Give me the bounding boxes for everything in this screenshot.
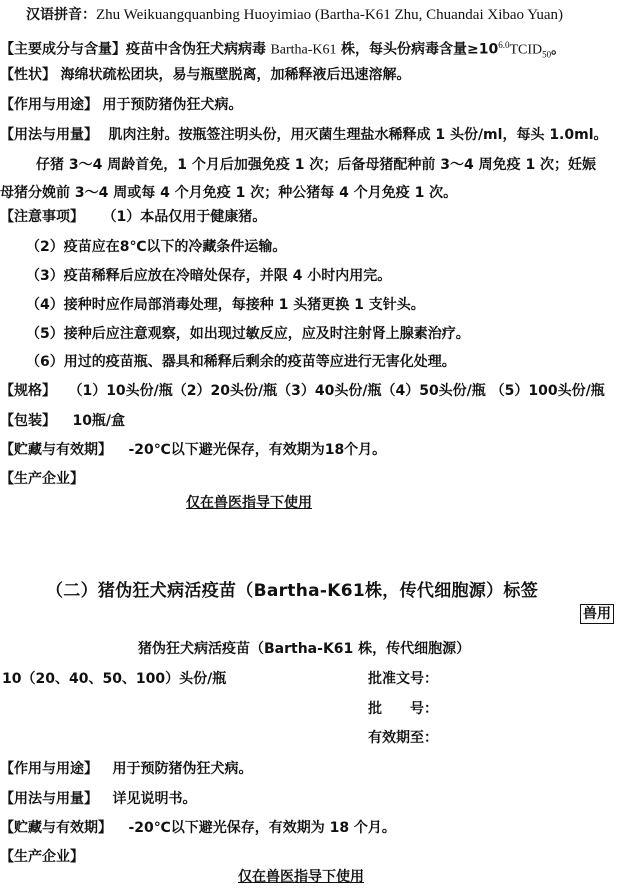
label-storage-line: 【贮藏与有效期】 -20℃以下避光保存，有效期为 18 个月。 — [0, 819, 396, 837]
ingredients-label: 【主要成分与含量】 — [0, 42, 126, 58]
approval-number-label: 批准文号： — [368, 670, 438, 688]
label-storage-label: 【贮藏与有效期】 — [0, 820, 112, 836]
ingredients-text: 疫苗中含伪狂犬病病毒 — [126, 42, 266, 58]
packaging-line: 【包装】 10瓶/盒 — [0, 412, 125, 430]
precaution-item: （6）用过的疫苗瓶、器具和稀释后剩余的疫苗等应进行无害化处理。 — [26, 353, 456, 371]
manufacturer-label: 【生产企业】 — [0, 470, 84, 488]
label-vet-notice: 仅在兽医指导下使用 — [238, 868, 364, 886]
packaging-value: 10瓶/盒 — [72, 413, 125, 429]
label-usage-line: 【作用与用途】 用于预防猪伪狂犬病。 — [0, 760, 252, 778]
label-usage-value: 用于预防猪伪狂犬病。 — [112, 761, 252, 777]
specs-label: 【规格】 — [0, 383, 56, 399]
ingredients-line: 【主要成分与含量】疫苗中含伪狂犬病病毒 Bartha-K61 株，每头份病毒含量… — [0, 36, 565, 63]
label-spec: 10（20、40、50、100）头份/瓶 — [2, 670, 226, 688]
unit-subscript: 50 — [542, 49, 551, 59]
specs-line: 【规格】 （1）10头份/瓶（2）20头份/瓶（3）40头份/瓶（4）50头份/… — [0, 382, 605, 400]
precaution-item: （1）本品仅用于健康猪。 — [102, 209, 266, 225]
period: 。 — [551, 42, 565, 58]
properties-line: 【性状】 海绵状疏松团块，易与瓶壁脱离，加稀释液后迅速溶解。 — [0, 66, 410, 84]
label-dosage-value: 详见说明书。 — [112, 791, 196, 807]
unit: TCID — [509, 43, 542, 58]
storage-label: 【贮藏与有效期】 — [0, 442, 112, 458]
pinyin-value: Zhu Weikuangquanbing Huoyimiao (Bartha-K… — [96, 7, 563, 23]
veterinary-use-stamp: 兽用 — [580, 604, 614, 624]
label-dosage-label: 【用法与用量】 — [0, 791, 98, 807]
packaging-label: 【包装】 — [0, 413, 56, 429]
precaution-item: （5）接种后应注意观察，如出现过敏反应，应及时注射肾上腺素治疗。 — [26, 325, 470, 343]
storage-line: 【贮藏与有效期】 -20℃以下避光保存，有效期为18个月。 — [0, 441, 386, 459]
exponent: 6.0 — [498, 40, 509, 50]
dosage-text-3: 母猪分娩前 3～4 周或每 4 个月免疫 1 次；种公猪每 4 个月免疫 1 次… — [0, 184, 457, 202]
batch-number-label: 批 号： — [368, 700, 438, 718]
strain-name: Bartha-K61 — [270, 43, 336, 58]
label-manufacturer-label: 【生产企业】 — [0, 848, 84, 866]
product-name: 猪伪狂犬病活疫苗（Bartha-K61 株，传代细胞源） — [138, 640, 470, 658]
dosage-label: 【用法与用量】 — [0, 127, 98, 143]
label-usage-label: 【作用与用途】 — [0, 761, 98, 777]
pinyin-line: 汉语拼音：Zhu Weikuangquanbing Huoyimiao (Bar… — [26, 6, 563, 24]
vet-notice: 仅在兽医指导下使用 — [186, 494, 312, 512]
pinyin-label: 汉语拼音： — [26, 7, 96, 23]
usage-label: 【作用与用途】 — [0, 97, 98, 113]
label-storage-value: -20℃以下避光保存，有效期为 18 个月。 — [128, 820, 395, 836]
properties-label: 【性状】 — [0, 67, 56, 83]
dosage-line-1: 【用法与用量】 肌肉注射。按瓶签注明头份，用灭菌生理盐水稀释成 1 头份/ml，… — [0, 126, 608, 144]
precaution-item: （4）接种时应作局部消毒处理，每接种 1 头猪更换 1 支针头。 — [26, 296, 425, 314]
usage-line: 【作用与用途】 用于预防猪伪狂犬病。 — [0, 96, 242, 114]
precautions-label: 【注意事项】 — [0, 209, 84, 225]
ingredients-text-2: 株，每头份病毒含量≥10 — [341, 42, 498, 58]
storage-value: -20℃以下避光保存，有效期为18个月。 — [128, 442, 386, 458]
expiry-label: 有效期至： — [368, 729, 438, 747]
dosage-text-1: 肌肉注射。按瓶签注明头份，用灭菌生理盐水稀释成 1 头份/ml，每头 1.0ml… — [108, 127, 607, 143]
label-dosage-line: 【用法与用量】 详见说明书。 — [0, 790, 196, 808]
properties-value: 海绵状疏松团块，易与瓶壁脱离，加稀释液后迅速溶解。 — [60, 67, 410, 83]
usage-value: 用于预防猪伪狂犬病。 — [102, 97, 242, 113]
precautions-line: 【注意事项】 （1）本品仅用于健康猪。 — [0, 208, 266, 226]
specs-value: （1）10头份/瓶（2）20头份/瓶（3）40头份/瓶（4）50头份/瓶 （5）… — [68, 383, 604, 399]
label-section-title: （二）猪伪狂犬病活疫苗（Bartha-K61株，传代细胞源）标签 — [46, 582, 538, 600]
precaution-item: （2）疫苗应在8℃以下的冷藏条件运输。 — [26, 238, 286, 256]
precaution-item: （3）疫苗稀释后应放在冷暗处保存，并限 4 小时内用完。 — [26, 267, 391, 285]
dosage-text-2: 仔猪 3～4 周龄首免，1 个月后加强免疫 1 次；后备母猪配种前 3～4 周免… — [36, 156, 596, 174]
